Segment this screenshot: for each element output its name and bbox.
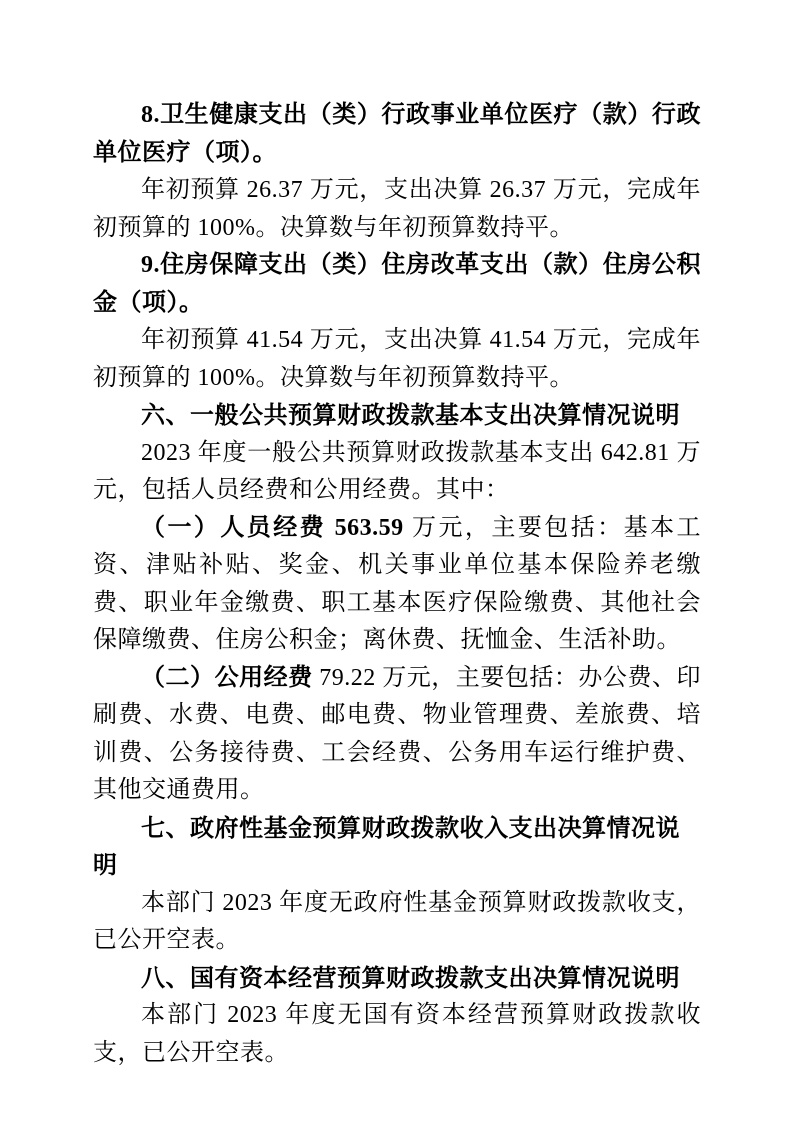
paragraph-basic-expenditure-total: 2023 年度一般公共预算财政拨款基本支出 642.81 万元，包括人员经费和公…: [93, 435, 701, 510]
subheading-health-expenditure: 8.卫生健康支出（类）行政事业单位医疗（款）行政单位医疗（项）。: [93, 97, 701, 172]
subheading-housing-expenditure: 9.住房保障支出（类）住房改革支出（款）住房公积金（项）。: [93, 247, 701, 322]
heading-section-six: 六、一般公共预算财政拨款基本支出决算情况说明: [93, 397, 701, 435]
paragraph-personnel-expense: （一）人员经费 563.59 万元，主要包括：基本工资、津贴补贴、奖金、机关事业…: [93, 510, 701, 660]
public-expense-lead: （二）公用经费: [141, 665, 313, 691]
personnel-expense-lead: （一）人员经费 563.59: [141, 515, 404, 541]
paragraph-government-fund-statement: 本部门 2023 年度无政府性基金预算财政拨款收支，已公开空表。: [93, 885, 701, 960]
paragraph-public-expense: （二）公用经费 79.22 万元，主要包括：办公费、印刷费、水费、电费、邮电费、…: [93, 660, 701, 810]
paragraph-state-capital-statement: 本部门 2023 年度无国有资本经营预算财政拨款收支，已公开空表。: [93, 997, 701, 1072]
paragraph-health-budget-figures: 年初预算 26.37 万元，支出决算 26.37 万元，完成年初预算的 100%…: [93, 172, 701, 247]
document-content: 8.卫生健康支出（类）行政事业单位医疗（款）行政单位医疗（项）。 年初预算 26…: [93, 97, 701, 1072]
heading-section-seven: 七、政府性基金预算财政拨款收入支出决算情况说明: [93, 810, 701, 885]
document-page: 8.卫生健康支出（类）行政事业单位医疗（款）行政单位医疗（项）。 年初预算 26…: [0, 0, 793, 1122]
heading-section-eight: 八、国有资本经营预算财政拨款支出决算情况说明: [93, 960, 701, 998]
paragraph-housing-budget-figures: 年初预算 41.54 万元，支出决算 41.54 万元，完成年初预算的 100%…: [93, 322, 701, 397]
